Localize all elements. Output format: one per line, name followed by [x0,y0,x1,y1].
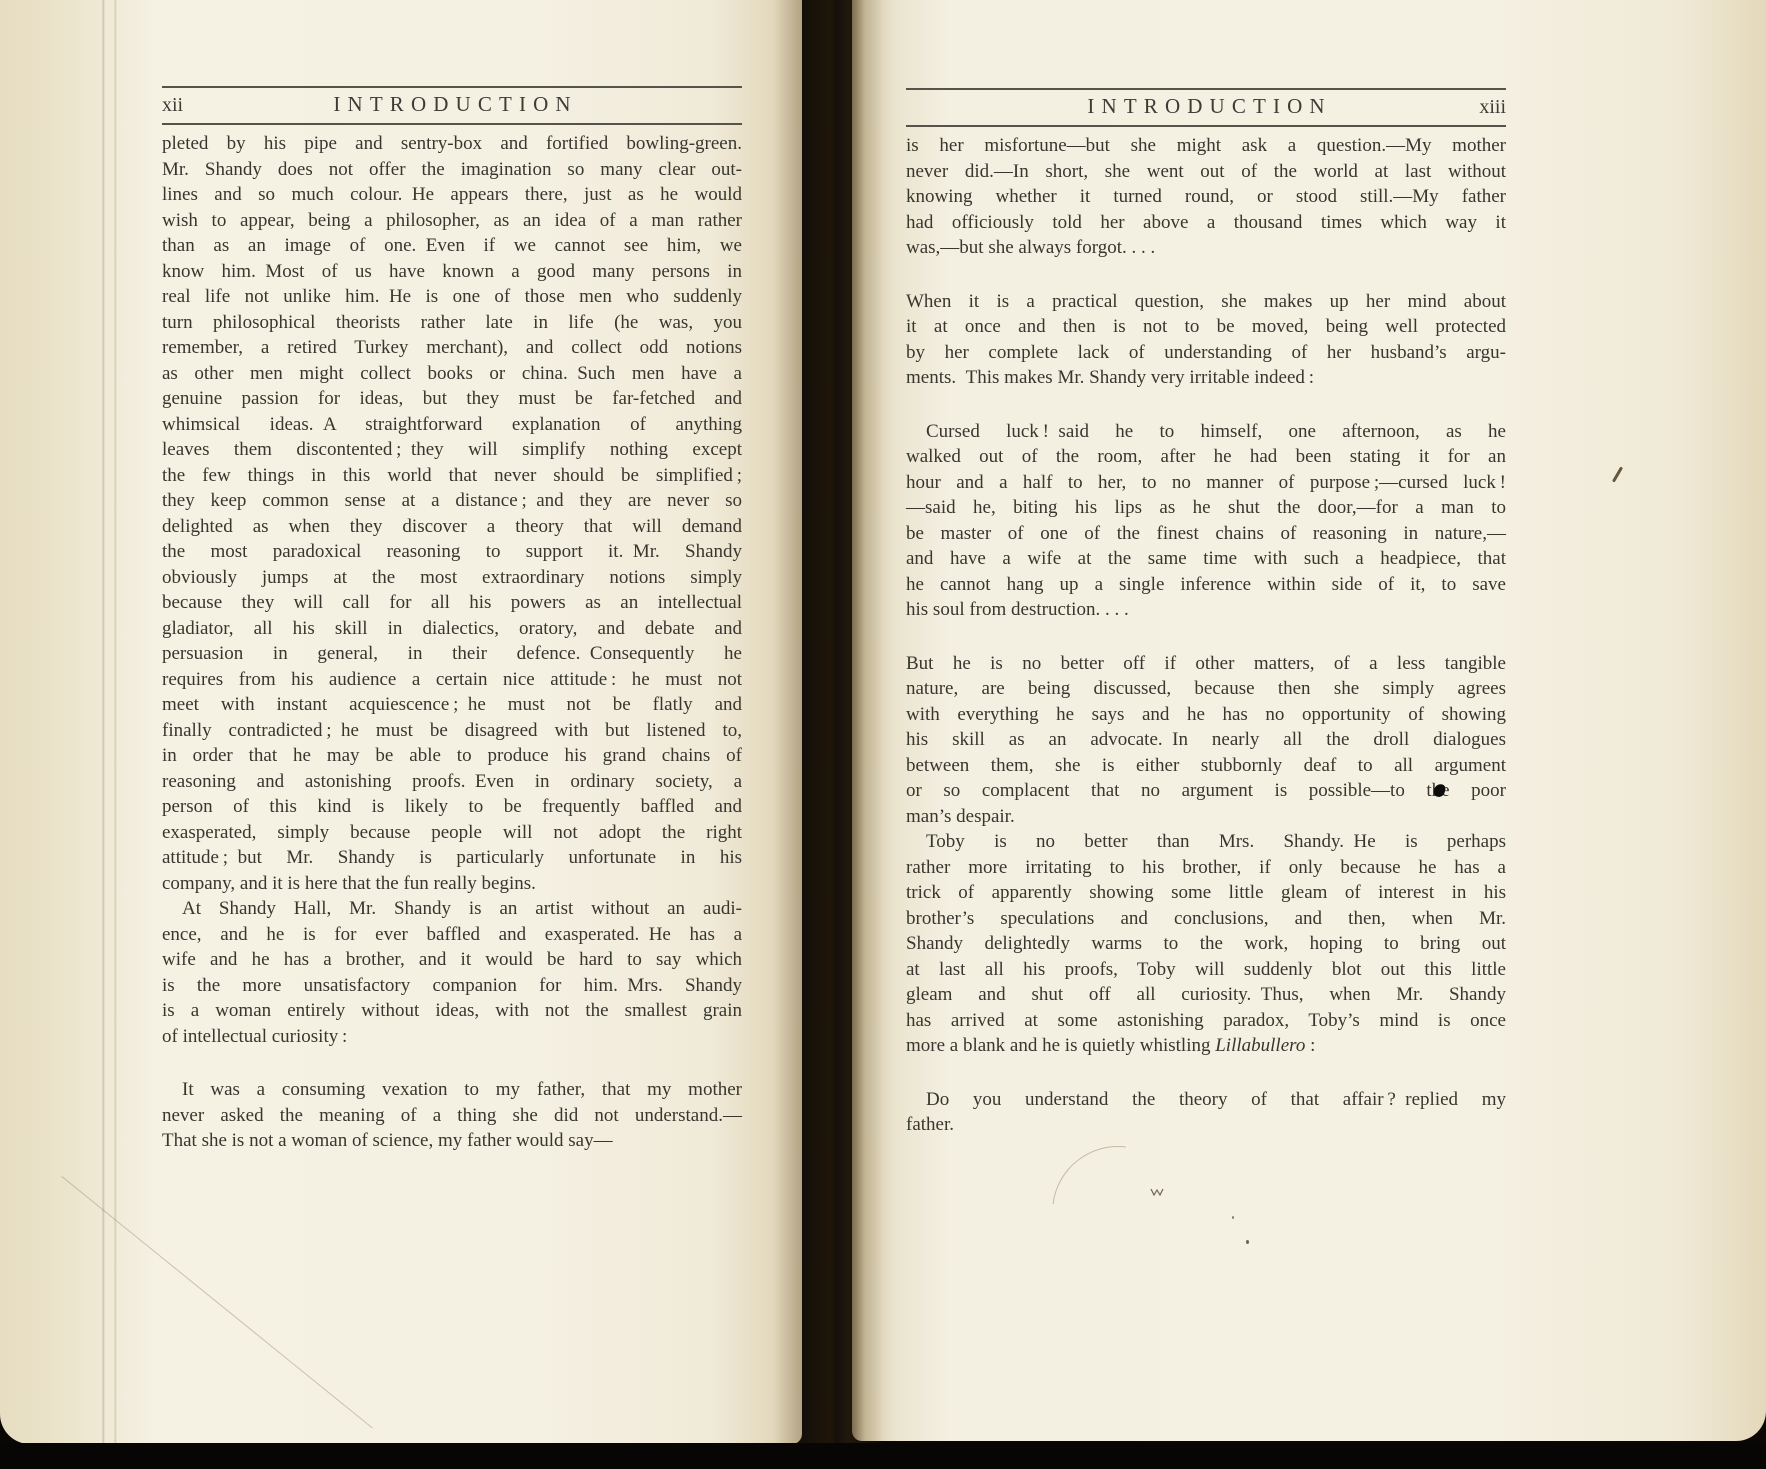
page-number: xii [162,95,234,115]
text-line: the few things in this world that never … [162,463,742,489]
text-line: is a woman entirely without ideas, with … [162,998,742,1024]
text-line: ence, and he is for ever baffled and exa… [162,922,742,948]
text-line: Do you understand the theory of that aff… [906,1087,1506,1113]
text-line: be master of one of the finest chains of… [906,521,1506,547]
text-line: in order that he may be able to produce … [162,743,742,769]
quote-block: Cursed luck ! said he to himself, one af… [906,419,1506,623]
text-line: trick of apparently showing some little … [906,880,1506,906]
text-line: Shandy delightedly warms to the work, ho… [906,931,1506,957]
text-line: hour and a half to her, to no manner of … [906,470,1506,496]
text-line: and have a wife at the same time with su… [906,546,1506,572]
text-line: remember, a retired Turkey merchant), an… [162,335,742,361]
text-line: obviously jumps at the most extraordinar… [162,565,742,591]
text-line: ments. This makes Mr. Shandy very irrita… [906,365,1506,391]
page-crease [61,1176,372,1429]
text-line: Mr. Shandy does not offer the imaginatio… [162,157,742,183]
right-page: INTRODUCTION xiii is her misfortune—but … [852,0,1766,1441]
text-line: exasperated, simply because people will … [162,820,742,846]
text-line: pleted by his pipe and sentry-box and fo… [162,131,742,157]
text-line: —said he, biting his lips as he shut the… [906,495,1506,521]
text-line: But he is no better off if other matters… [906,651,1506,677]
text-line: genuine passion for ideas, but they must… [162,386,742,412]
open-book-photo: xii INTRODUCTION pleted by his pipe and … [0,0,1766,1469]
text-line: they keep common sense at a distance ; a… [162,488,742,514]
text-line: at last all his proofs, Toby will sudden… [906,957,1506,983]
text-line: At Shandy Hall, Mr. Shandy is an artist … [162,896,742,922]
text-line: brother’s speculations and conclusions, … [906,906,1506,932]
running-title: INTRODUCTION [978,96,1434,117]
page-body: is her misfortune—but she might ask a qu… [906,133,1506,1138]
text-line: requires from his audience a certain nic… [162,667,742,693]
page-header: INTRODUCTION xiii [906,88,1506,127]
text-line: reasoning and astonishing proofs. Even i… [162,769,742,795]
page-body: pleted by his pipe and sentry-box and fo… [162,131,742,1154]
text-line: with everything he says and he has no op… [906,702,1506,728]
running-title: INTRODUCTION [234,94,670,115]
text-line: as other men might collect books or chin… [162,361,742,387]
text-line: is the more unsatisfactory companion for… [162,973,742,999]
page-header: xii INTRODUCTION [162,86,742,125]
text-line: is her misfortune—but she might ask a qu… [906,133,1506,159]
text-line: real life not unlike him. He is one of t… [162,284,742,310]
book-bottom-edge [0,1443,1766,1469]
text-line: nature, are being discussed, because the… [906,676,1506,702]
text-line: never did.—In short, she went out of the… [906,159,1506,185]
text-line: rather more irritating to his brother, i… [906,855,1506,881]
text-line: than as an image of one. Even if we cann… [162,233,742,259]
text-line: gleam and shut off all curiosity. Thus, … [906,982,1506,1008]
text-line: was,—but she always forgot. . . . [906,235,1506,261]
text-line: That she is not a woman of science, my f… [162,1128,742,1154]
text-line: knowing whether it turned round, or stoo… [906,184,1506,210]
text-line: persuasion in general, in their defence.… [162,641,742,667]
text-line: by her complete lack of understanding of… [906,340,1506,366]
text-line: When it is a practical question, she mak… [906,289,1506,315]
text-line: his skill as an advocate. In nearly all … [906,727,1506,753]
left-page: xii INTRODUCTION pleted by his pipe and … [0,0,802,1444]
text-line: wife and he has a brother, and it would … [162,947,742,973]
text-line: or so complacent that no argument is pos… [906,778,1506,804]
text-line: It was a consuming vexation to my father… [162,1077,742,1103]
quote-block: Do you understand the theory of that aff… [906,1087,1506,1138]
paragraph-block: is her misfortune—but she might ask a qu… [906,133,1506,261]
text-line: Cursed luck ! said he to himself, one af… [906,419,1506,445]
text-line: company, and it is here that the fun rea… [162,871,742,897]
text-line: more a blank and he is quietly whistling… [906,1033,1506,1059]
paragraph-block: Toby is no better than Mrs. Shandy. He i… [906,829,1506,1059]
paragraph-block: At Shandy Hall, Mr. Shandy is an artist … [162,896,742,1049]
paper-speck [1246,1240,1249,1244]
text-line: know him. Most of us have known a good m… [162,259,742,285]
text-line: it at once and then is not to be moved, … [906,314,1506,340]
text-line: leaves them discontented ; they will sim… [162,437,742,463]
text-line: turn philosophical theorists rather late… [162,310,742,336]
text-line: gladiator, all his skill in dialectics, … [162,616,742,642]
text-line: lines and so much colour. He appears the… [162,182,742,208]
text-line: delighted as when they discover a theory… [162,514,742,540]
paper-speck [1232,1216,1234,1219]
text-line: whimsical ideas. A straightforward expla… [162,412,742,438]
text-line: walked out of the room, after he had bee… [906,444,1506,470]
paragraph-block: But he is no better off if other matters… [906,651,1506,830]
text-line: father. [906,1112,1506,1138]
text-line: person of this kind is likely to be freq… [162,794,742,820]
text-line: never asked the meaning of a thing she d… [162,1103,742,1129]
text-line: of intellectual curiosity : [162,1024,742,1050]
text-line: has arrived at some astonishing paradox,… [906,1008,1506,1034]
text-line: because they will call for all his power… [162,590,742,616]
text-line: finally contradicted ; he must be disagr… [162,718,742,744]
text-line: he cannot hang up a single inference wit… [906,572,1506,598]
text-line: Toby is no better than Mrs. Shandy. He i… [906,829,1506,855]
text-line: meet with instant acquiescence ; he must… [162,692,742,718]
text-line: wish to appear, being a philosopher, as … [162,208,742,234]
page-number: xiii [1434,97,1506,117]
text-line: man’s despair. [906,804,1506,830]
text-line: attitude ; but Mr. Shandy is particularl… [162,845,742,871]
quote-block: It was a consuming vexation to my father… [162,1077,742,1154]
text-line: between them, she is either stubbornly d… [906,753,1506,779]
text-line: had officiously told her above a thousan… [906,210,1506,236]
text-line: his soul from destruction. . . . [906,597,1506,623]
text-line: the most paradoxical reasoning to suppor… [162,539,742,565]
paragraph-block: pleted by his pipe and sentry-box and fo… [162,131,742,896]
paragraph-block: When it is a practical question, she mak… [906,289,1506,391]
